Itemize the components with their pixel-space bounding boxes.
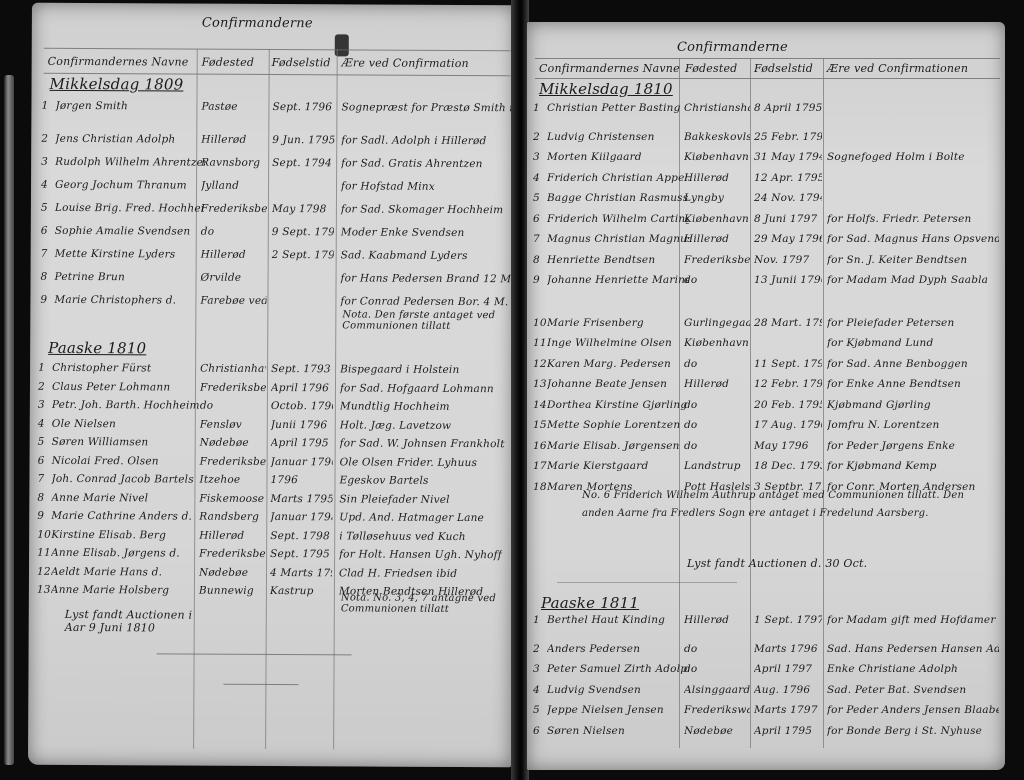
section-rows: 1Christopher FürstChristianhavnSept. 179… bbox=[32, 3, 515, 6]
honor-note: for Peder Jørgens Enke bbox=[827, 440, 955, 452]
birthdate: 13 Junii 1796 bbox=[754, 274, 822, 286]
honor-note: Clad H. Friedsen ibid bbox=[339, 567, 457, 580]
row-number: 13 bbox=[533, 378, 547, 390]
birthdate: Aug. 1796 bbox=[754, 684, 810, 696]
honor-note: i Tølløsehuus ved Kuch bbox=[339, 530, 466, 543]
birthdate: 9 Sept. 1794 bbox=[272, 226, 334, 238]
birthdate: April 1795 bbox=[271, 437, 329, 449]
confirmand-name: Jens Christian Adolph bbox=[55, 133, 175, 146]
register-row: 9Marie Christophers d.Farebøe ved Kalund… bbox=[32, 3, 515, 6]
confirmand-name: Louise Brig. Fred. Hochheim bbox=[55, 202, 205, 215]
confirmand-name: Anders Pedersen bbox=[547, 643, 640, 655]
confirmand-name: Marie Frisenberg bbox=[547, 317, 644, 329]
row-number: 4 bbox=[38, 417, 45, 429]
confirmand-name: Marie Elisab. Jørgensen bbox=[547, 440, 680, 452]
row-number: 1 bbox=[41, 100, 48, 112]
birthplace: Frederiksberg bbox=[684, 254, 750, 266]
birthdate: Marts 1795 bbox=[270, 492, 332, 504]
register-row: 12Aeldt Marie Hans d.Nødebøe4 Marts 1798… bbox=[32, 3, 515, 6]
row-number: 6 bbox=[533, 213, 540, 225]
closing-note: No. 6 Friderich Wilhelm Authrup antaget … bbox=[582, 487, 992, 523]
birthdate: 17 Aug. 1796 bbox=[754, 419, 822, 431]
row-number: 11 bbox=[533, 337, 547, 349]
register-row: 1Jørgen SmithPastøeSept. 1796Sognepræst … bbox=[32, 3, 515, 6]
confirmand-name: Friderich Wilhelm Cartings bbox=[547, 213, 689, 225]
row-number: 2 bbox=[533, 643, 540, 655]
birthplace: Fiskemoose bbox=[199, 492, 264, 504]
confirmand-name: Anne Marie Nivel bbox=[51, 491, 148, 504]
birthplace: Hillerød bbox=[684, 172, 729, 184]
birthdate: 20 Feb. 1795 bbox=[754, 399, 822, 411]
confirmand-name: Marie Kierstgaard bbox=[547, 460, 648, 472]
section-heading: Paaske 1811 bbox=[541, 594, 639, 612]
col-header-birthplace: Fødested bbox=[202, 56, 254, 69]
confirmand-name: Ludvig Svendsen bbox=[547, 684, 641, 696]
birthdate: Nov. 1797 bbox=[754, 254, 809, 266]
col-header-honor: Ære ved Confirmation bbox=[342, 56, 469, 70]
honor-note: for Peder Anders Jensen Blaaberg bbox=[827, 704, 999, 716]
honor-note: for Holt. Hansen Ugh. Nyhoff bbox=[339, 548, 502, 561]
birthplace: do bbox=[684, 274, 697, 286]
birthplace: Fensløv bbox=[200, 418, 242, 430]
birthplace: do bbox=[684, 419, 697, 431]
birthdate: 1796 bbox=[270, 474, 298, 486]
birthdate: 12 Febr. 1795 bbox=[754, 378, 822, 390]
honor-note: for Madam Mad Dyph Saabla bbox=[827, 274, 988, 286]
row-number: 6 bbox=[41, 225, 48, 237]
birthdate: Januar 1796 bbox=[271, 455, 333, 467]
confirmand-name: Petr. Joh. Barth. Hochheim bbox=[52, 399, 200, 412]
confirmand-name: Magnus Christian Magnussen bbox=[547, 233, 689, 245]
honor-note: for Sad. Skomager Hochheim bbox=[341, 203, 503, 216]
row-number: 12 bbox=[533, 358, 547, 370]
birthdate: 12 Apr. 1795 bbox=[754, 172, 822, 184]
birthdate: Sept. 1793 bbox=[271, 363, 331, 375]
register-row: 2Jens Christian AdolphHillerød9 Jun. 179… bbox=[32, 3, 515, 6]
col-header-name: Confirmandernes Navne bbox=[539, 62, 680, 75]
birthdate: April 1797 bbox=[754, 663, 812, 675]
birthplace: Gurlingegaard bbox=[684, 317, 750, 329]
birthdate: 4 Marts 1798 bbox=[270, 566, 332, 578]
birthplace: Hillerød bbox=[201, 249, 246, 261]
confirmand-name: Ludvig Christensen bbox=[547, 131, 655, 143]
col-header-birthdate: Fødselstid bbox=[272, 56, 331, 69]
confirmand-name: Inge Wilhelmine Olsen bbox=[547, 337, 672, 349]
row-number: 5 bbox=[533, 704, 540, 716]
birthplace: Frederikswærk bbox=[684, 704, 750, 716]
birthplace: Itzehoe bbox=[199, 474, 240, 486]
birthplace: do bbox=[684, 358, 697, 370]
confirmand-name: Mette Kirstine Lyders bbox=[55, 248, 176, 261]
col-header-name: Confirmandernes Navne bbox=[48, 55, 189, 69]
register-row: 6Nicolai Fred. OlsenFrederiksbergJanuar … bbox=[32, 3, 515, 6]
birthdate: 25 Febr. 1795 bbox=[754, 131, 822, 143]
row-number: 8 bbox=[533, 254, 540, 266]
signature: Lyst fandt Auctionen i Aar 9 Juni 1810 bbox=[65, 608, 215, 635]
birthdate: May 1796 bbox=[754, 440, 809, 452]
birthplace: Kiøbenhavn bbox=[684, 337, 749, 349]
honor-note: for Sad. Anne Benboggen bbox=[827, 358, 968, 370]
birthplace: Landstrup bbox=[684, 460, 741, 472]
register-row: 6Sophie Amalie Svendsendo9 Sept. 1794Mod… bbox=[32, 3, 515, 6]
confirmand-name: Dorthea Kirstine Gjørling bbox=[547, 399, 687, 411]
row-number: 14 bbox=[533, 399, 547, 411]
honor-note: for Hofstad Minx bbox=[341, 180, 435, 192]
register-row: 1Christopher FürstChristianhavnSept. 179… bbox=[32, 3, 515, 6]
honor-note: for Sad. Magnus Hans Opsvend bbox=[827, 233, 999, 245]
confirmand-name: Morten Kiilgaard bbox=[547, 151, 642, 163]
left-page: Confirmanderne Confirmandernes Navne Fød… bbox=[28, 3, 515, 768]
birthplace: Jylland bbox=[201, 180, 239, 192]
col-header-birthdate: Fødselstid bbox=[754, 62, 813, 75]
birthdate: 8 April 1795 bbox=[754, 102, 822, 114]
confirmand-name: Jeppe Nielsen Jensen bbox=[547, 704, 664, 716]
honor-note: for Sad. Hofgaard Lohmann bbox=[340, 382, 494, 395]
birthplace: Nødebøe bbox=[200, 437, 249, 449]
confirmand-name: Anne Marie Holsberg bbox=[51, 584, 169, 597]
register-row: 7Joh. Conrad Jacob BartelsItzehoe1796Ege… bbox=[32, 3, 515, 6]
birthdate: 28 Mart. 1795 bbox=[754, 317, 822, 329]
confirmand-name: Joh. Conrad Jacob Bartels bbox=[51, 473, 193, 486]
col-header-birthplace: Fødested bbox=[685, 62, 737, 75]
confirmand-name: Rudolph Wilhelm Ahrentzen bbox=[55, 156, 205, 169]
honor-note: for Bonde Berg i St. Nyhuse bbox=[827, 725, 982, 737]
birthplace: Nødebøe bbox=[199, 566, 248, 578]
birthdate: Octob. 1796 bbox=[271, 400, 333, 412]
row-number: 12 bbox=[37, 565, 51, 577]
honor-note: for Kjøbmand Kemp bbox=[827, 460, 937, 472]
row-number: 4 bbox=[41, 179, 48, 191]
honor-note: Mundtlig Hochheim bbox=[340, 400, 450, 413]
birthdate: 31 May 1794 bbox=[754, 151, 822, 163]
birthplace: Hillerød bbox=[684, 233, 729, 245]
confirmand-name: Jørgen Smith bbox=[55, 100, 128, 112]
confirmand-name: Bagge Christian Rasmussen bbox=[547, 192, 689, 204]
honor-note: for Holfs. Friedr. Petersen bbox=[827, 213, 972, 225]
confirmand-name: Henriette Bendtsen bbox=[547, 254, 655, 266]
register-row: 8Anne Marie NivelFiskemooseMarts 1795Sin… bbox=[32, 3, 515, 6]
honor-note: for Sad. W. Johnsen Frankholt bbox=[340, 437, 505, 450]
row-number: 1 bbox=[38, 362, 45, 374]
birthplace: Frederiksberg bbox=[200, 455, 266, 467]
confirmand-name: Sophie Amalie Svendsen bbox=[55, 225, 191, 238]
row-number: 3 bbox=[41, 156, 48, 168]
birthplace: Bakkeskovlsberg bbox=[684, 131, 750, 143]
birthplace: Lyngby bbox=[684, 192, 724, 204]
row-number: 8 bbox=[37, 491, 44, 503]
birthdate: 2 Sept. 1794 bbox=[272, 249, 334, 261]
honor-note: Sad. Peter Bat. Svendsen bbox=[827, 684, 966, 696]
birthplace: do bbox=[200, 400, 214, 412]
birthdate: Marts 1796 bbox=[754, 643, 818, 655]
birthdate: Sept. 1795 bbox=[270, 548, 330, 560]
birthplace: do bbox=[684, 643, 697, 655]
row-number: 3 bbox=[38, 399, 45, 411]
honor-note: for Pleiefader Petersen bbox=[827, 317, 954, 329]
honor-note: for Kjøbmand Lund bbox=[827, 337, 933, 349]
section-heading: Paaske 1810 bbox=[48, 339, 146, 358]
birthplace: Christianshavn i Holland bbox=[684, 102, 750, 114]
row-number: 4 bbox=[533, 684, 540, 696]
birthdate: Sept. 1794 bbox=[272, 157, 332, 169]
honor-note: Ole Olsen Frider. Lyhuus bbox=[340, 456, 478, 469]
row-number: 5 bbox=[41, 202, 48, 214]
row-number: 18 bbox=[533, 481, 547, 493]
birthdate: 18 Dec. 1793 bbox=[754, 460, 822, 472]
birthplace: Hillerød bbox=[684, 378, 729, 390]
confirmand-name: Søren Williamsen bbox=[52, 436, 149, 449]
birthdate: Januar 1798 bbox=[270, 511, 332, 523]
row-number: 4 bbox=[533, 172, 540, 184]
honor-note: Upd. And. Hatmager Lane bbox=[339, 511, 484, 524]
row-number: 1 bbox=[533, 102, 540, 114]
birthplace: Ørvilde bbox=[201, 272, 242, 284]
honor-note: Sognefoged Holm i Bolte bbox=[827, 151, 965, 163]
confirmand-name: Anne Elisab. Jørgens d. bbox=[51, 547, 180, 560]
register-row: 13Anne Marie HolsbergBunnewigKastrupMort… bbox=[32, 3, 515, 6]
right-page-title: Confirmanderne bbox=[677, 40, 788, 55]
birthdate: Junii 1796 bbox=[271, 418, 328, 430]
birthplace: Hillerød bbox=[684, 614, 729, 626]
confirmand-name: Christopher Fürst bbox=[52, 362, 151, 375]
row-number: 10 bbox=[37, 528, 51, 540]
birthdate: Sept. 1796 bbox=[272, 101, 332, 113]
honor-note: Sin Pleiefader Nivel bbox=[339, 493, 449, 506]
birthdate: 11 Sept. 1795 bbox=[754, 358, 822, 370]
row-number: 1 bbox=[533, 614, 540, 626]
row-number: 6 bbox=[38, 454, 45, 466]
register-row: 3Petr. Joh. Barth. HochheimdoOctob. 1796… bbox=[32, 3, 515, 6]
birthplace: do bbox=[684, 399, 697, 411]
honor-note: for Sadl. Adolph i Hillerød bbox=[341, 134, 486, 147]
row-number: 5 bbox=[533, 192, 540, 204]
honor-note: Bispegaard i Holstein bbox=[340, 363, 459, 376]
honor-note: Sad. Hans Pedersen Hansen Adolph bbox=[827, 643, 999, 655]
confirmand-name: Kirstine Elisab. Berg bbox=[51, 528, 166, 541]
birthdate: 24 Nov. 1794 bbox=[754, 192, 822, 204]
register-row: 5Søren WilliamsenNødebøeApril 1795for Sa… bbox=[32, 3, 515, 6]
confirmand-name: Berthel Haut Kinding bbox=[547, 614, 665, 626]
birthplace: do bbox=[684, 440, 697, 452]
birthplace: Hillerød bbox=[201, 134, 246, 146]
row-number: 17 bbox=[533, 460, 547, 472]
birthplace: Christianhavn bbox=[200, 363, 266, 375]
birthdate: Marts 1797 bbox=[754, 704, 818, 716]
confirmand-name: Johanne Beate Jensen bbox=[547, 378, 667, 390]
row-number: 9 bbox=[37, 510, 44, 522]
row-number: 3 bbox=[533, 151, 540, 163]
confirmand-name: Peter Samuel Zirth Adolph bbox=[547, 663, 689, 675]
honor-note: Enke Christiane Adolph bbox=[827, 663, 958, 675]
birthplace: Randsberg bbox=[199, 511, 259, 523]
birthplace: Farebøe ved Kalundborg bbox=[200, 295, 266, 307]
confirmand-name: Søren Nielsen bbox=[547, 725, 625, 737]
row-number: 6 bbox=[533, 725, 540, 737]
birthplace: Frederiksberg bbox=[201, 203, 267, 215]
honor-note: Kjøbmand Gjørling bbox=[827, 399, 931, 411]
row-number: 2 bbox=[41, 133, 48, 145]
book-edge bbox=[4, 75, 14, 765]
section-heading: Mikkelsdag 1810 bbox=[539, 80, 673, 98]
birthplace: Hillerød bbox=[199, 529, 244, 541]
row-number: 3 bbox=[533, 663, 540, 675]
row-number: 11 bbox=[37, 547, 51, 559]
honor-note: for Enke Anne Bendtsen bbox=[827, 378, 961, 390]
closing-note: Nota. Den første antaget ved Communionen… bbox=[342, 309, 507, 332]
honor-note: for Sad. Gratis Ahrentzen bbox=[341, 157, 483, 170]
birthplace: do bbox=[201, 226, 215, 238]
confirmand-name: Ole Nielsen bbox=[52, 417, 116, 429]
row-number: 7 bbox=[37, 473, 44, 485]
honor-note: Egeskov Bartels bbox=[339, 474, 428, 486]
confirmand-name: Christian Petter Basting bbox=[547, 102, 681, 114]
register-row: 2Claus Peter LohmannFrederiksbergApril 1… bbox=[32, 3, 515, 6]
row-number: 10 bbox=[533, 317, 547, 329]
row-number: 9 bbox=[533, 274, 540, 286]
birthdate: Sept. 1798 bbox=[270, 529, 330, 541]
honor-note: Sognepræst for Præstø Smith i Kongsvang bbox=[341, 101, 511, 114]
birthdate: April 1796 bbox=[271, 381, 329, 393]
birthdate: 8 Juni 1797 bbox=[754, 213, 817, 225]
confirmand-name: Karen Marg. Pedersen bbox=[547, 358, 671, 370]
confirmand-name: Friderich Christian Appelsen bbox=[547, 172, 689, 184]
birthplace: Frederiksberg bbox=[199, 548, 265, 560]
confirmand-name: Marie Christophers d. bbox=[54, 294, 176, 307]
col-header-honor: Ære ved Confirmationen bbox=[827, 62, 968, 75]
birthdate: Kastrup bbox=[270, 585, 314, 597]
honor-note: Moder Enke Svendsen bbox=[341, 226, 465, 239]
section-rows: 1Jørgen SmithPastøeSept. 1796Sognepræst … bbox=[32, 3, 515, 6]
register-row: 4Ole NielsenFensløvJunii 1796Holt. Jæg. … bbox=[32, 3, 515, 6]
confirmand-name: Marie Cathrine Anders d. bbox=[51, 510, 192, 523]
register-row: 11Anne Elisab. Jørgens d.FrederiksbergSe… bbox=[32, 3, 515, 6]
row-number: 8 bbox=[41, 271, 48, 283]
row-number: 15 bbox=[533, 419, 547, 431]
row-number: 7 bbox=[41, 248, 48, 260]
row-number: 16 bbox=[533, 440, 547, 452]
birthdate: April 1795 bbox=[754, 725, 812, 737]
confirmand-name: Claus Peter Lohmann bbox=[52, 380, 170, 393]
left-page-title: Confirmanderne bbox=[202, 16, 313, 32]
row-number: 5 bbox=[38, 436, 45, 448]
confirmand-name: Johanne Henriette Marine Dyph bbox=[547, 274, 689, 286]
row-number: 13 bbox=[37, 584, 51, 596]
birthdate: 1 Sept. 1797 bbox=[754, 614, 822, 626]
register-row: 9Marie Cathrine Anders d.RandsbergJanuar… bbox=[32, 3, 515, 6]
register-row: 10Kirstine Elisab. BergHillerødSept. 179… bbox=[32, 3, 515, 6]
register-row: 3Rudolph Wilhelm AhrentzenRavnsborgSept.… bbox=[32, 3, 515, 6]
register-row: 7Mette Kirstine LydersHillerød2 Sept. 17… bbox=[32, 3, 515, 6]
birthplace: Kiøbenhavn bbox=[684, 213, 749, 225]
row-number: 2 bbox=[38, 380, 45, 392]
birthplace: Pastøe bbox=[201, 101, 237, 113]
honor-note: for Madam gift med Hofdamer Strumacher bbox=[827, 614, 999, 626]
register-spread: Confirmanderne Confirmandernes Navne Fød… bbox=[0, 0, 1024, 780]
confirmand-name: Petrine Brun bbox=[55, 271, 125, 283]
birthdate: 9 Jun. 1795 bbox=[272, 134, 334, 146]
register-row: 4Georg Jochum ThranumJyllandfor Hofstad … bbox=[32, 3, 515, 6]
honor-note: for Conrad Pedersen Bor. 4 M. bbox=[340, 295, 508, 308]
birthplace: do bbox=[684, 663, 697, 675]
row-number: 2 bbox=[533, 131, 540, 143]
closing-note: Nota. No. 3, 4, 7 antagne ved Communione… bbox=[341, 592, 506, 615]
honor-note: Sad. Kaabmand Lyders bbox=[341, 249, 468, 262]
honor-note: Holt. Jæg. Lavetzow bbox=[340, 419, 452, 432]
confirmand-name: Mette Sophie Lorentzen bbox=[547, 419, 680, 431]
honor-note: Jomfru N. Lorentzen bbox=[827, 419, 940, 431]
birthdate: May 1798 bbox=[272, 203, 327, 215]
confirmand-name: Nicolai Fred. Olsen bbox=[52, 454, 159, 467]
birthplace: Kiøbenhavn bbox=[684, 151, 749, 163]
register-row: 8Petrine BrunØrvildefor Hans Pedersen Br… bbox=[32, 3, 515, 6]
signature: Lyst fandt Auctionen d. 30 Oct. bbox=[687, 557, 867, 570]
birthplace: Ravnsborg bbox=[201, 157, 260, 169]
birthdate: 29 May 1796 bbox=[754, 233, 822, 245]
birthplace: Nødebøe bbox=[684, 725, 733, 737]
birthplace: Bunnewig bbox=[199, 585, 254, 597]
register-row: 5Louise Brig. Fred. HochheimFrederiksber… bbox=[32, 3, 515, 6]
birthplace: Frederiksberg bbox=[200, 381, 266, 393]
birthplace: Alsinggaard bbox=[684, 684, 750, 696]
row-number: 7 bbox=[533, 233, 540, 245]
right-page: Confirmanderne Confirmandernes Navne Fød… bbox=[527, 22, 1005, 770]
confirmand-name: Georg Jochum Thranum bbox=[55, 179, 187, 192]
section-heading: Mikkelsdag 1809 bbox=[50, 75, 184, 94]
row-number: 9 bbox=[40, 294, 47, 306]
honor-note: for Sn. J. Keiter Bendtsen bbox=[827, 254, 967, 266]
honor-note: for Hans Pedersen Brand 12 M. bbox=[341, 272, 511, 285]
confirmand-name: Aeldt Marie Hans d. bbox=[51, 565, 162, 578]
